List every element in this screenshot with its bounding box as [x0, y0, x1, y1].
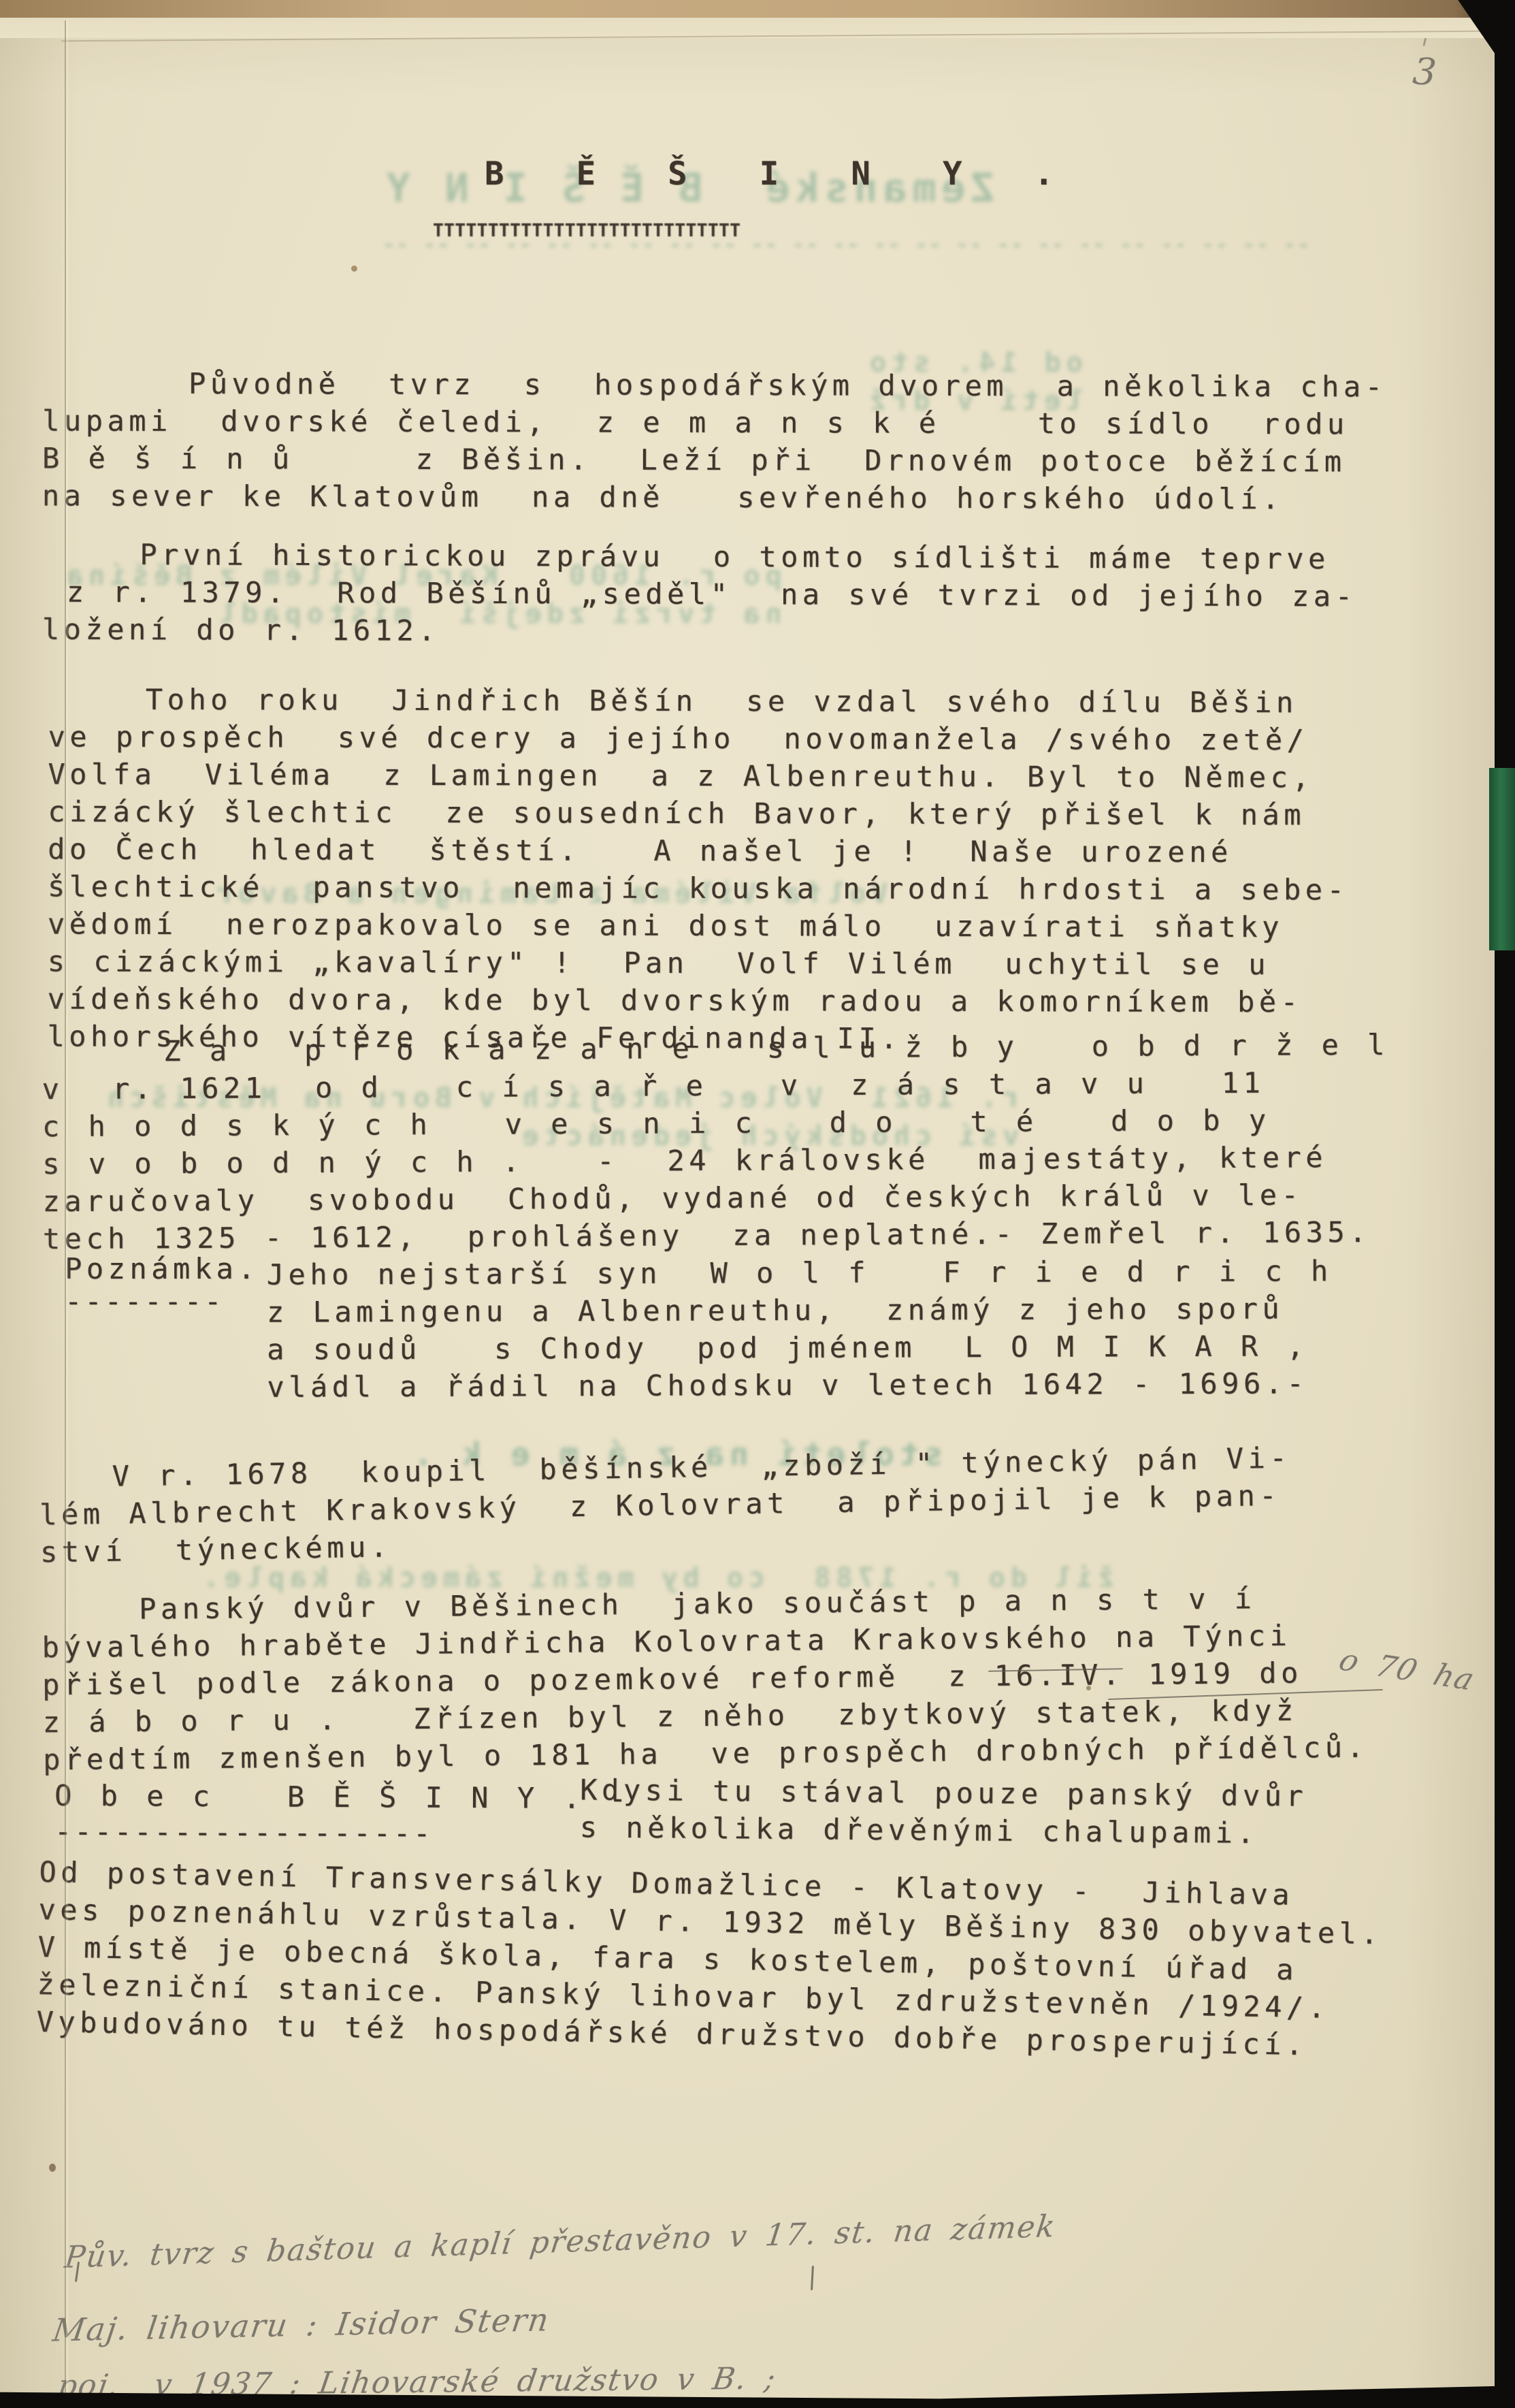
- paper-speck: [1086, 1686, 1091, 1690]
- fold-crease-left: [65, 20, 66, 2396]
- note-body: Jeho nejstarší syn W o l f F r i e d r i…: [267, 1252, 1333, 1405]
- paper-speck: [351, 266, 357, 272]
- paper-speck: [49, 2164, 56, 2172]
- paper-edge-right: [1495, 0, 1515, 2408]
- paragraph-7-lead: Kdysi tu stával pouze panský dvůr s něko…: [580, 1771, 1308, 1852]
- green-bookmark-strip: [1489, 768, 1515, 950]
- note-label-underline: --------: [65, 1283, 224, 1320]
- paragraph-5: V r. 1678 koupil běšínské „zboží " týnec…: [39, 1439, 1292, 1571]
- paragraph-6: Panský dvůr v Běšinech jako součást p a …: [42, 1579, 1369, 1779]
- paragraph-2: První historickou zprávu o tomto sídlišt…: [42, 536, 1357, 653]
- section-heading-obec-besiny: O b e c B Ě Š I N Y . -: [54, 1777, 631, 1817]
- page-number: 3: [1411, 50, 1439, 95]
- paper-edge-top: [0, 0, 1515, 18]
- paragraph-1: Původně tvrz s hospodářským dvorem a něk…: [42, 364, 1387, 517]
- document-title: B Ě Š I N Y .: [485, 155, 1079, 193]
- note-label: Poznámka.: [65, 1250, 259, 1287]
- paragraph-4: Z a p r o k á z a n é s l u ž b y o b d …: [42, 1026, 1390, 1257]
- title-underline-marks: TTTTTTTTTTTTTTTTTTTTTTTTTTTT: [433, 212, 740, 250]
- section-heading-underline: -------------------: [54, 1813, 434, 1852]
- scanned-document-page: Zemanské B Ě Š I N Y -- -- -- -- -- -- -…: [0, 0, 1515, 2408]
- paragraph-7-body: Od postavení Transversálky Domažlice - K…: [36, 1853, 1384, 2065]
- paragraph-3: Toho roku Jindřich Běšín se vzdal svého …: [47, 680, 1349, 1058]
